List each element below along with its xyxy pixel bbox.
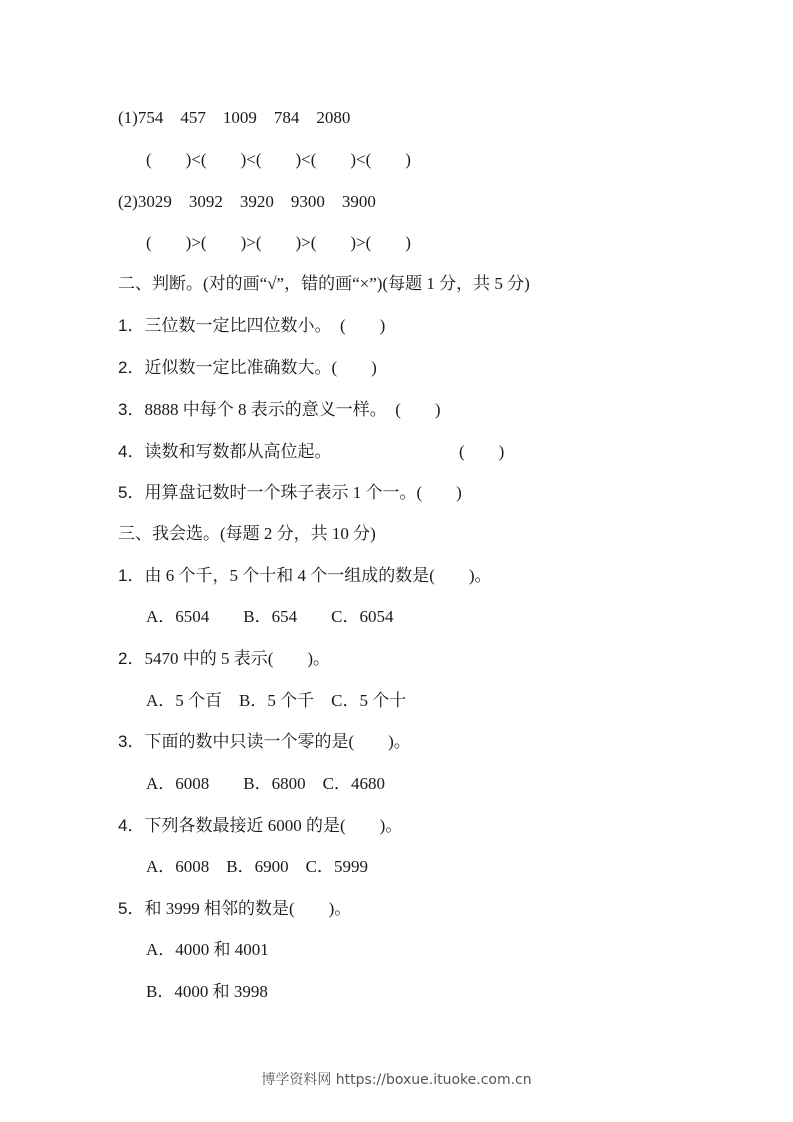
judge-item-3: 3．8888 中每个 8 表示的意义一样。 ( ) — [118, 399, 441, 421]
choice-question-4: 4．下列各数最接近 6000 的是( )。 — [118, 815, 402, 837]
compare-answer-row-1: ( )<( )<( )<( )<( ) — [146, 149, 411, 171]
item-text: 近似数一定比准确数大。( ) — [144, 358, 376, 377]
item-number: 5． — [118, 899, 144, 918]
choice-question-3: 3．下面的数中只读一个零的是( )。 — [118, 731, 411, 753]
item-number: 2． — [118, 358, 144, 377]
choice-question-1: 1．由 6 个千，5 个十和 4 个一组成的数是( )。 — [118, 565, 492, 587]
item-text: 下列各数最接近 6000 的是( )。 — [144, 816, 402, 835]
item-number: 3． — [118, 400, 144, 419]
judge-item-5: 5．用算盘记数时一个珠子表示 1 个一。( ) — [118, 482, 462, 504]
choice-option-5a: A．4000 和 4001 — [146, 939, 269, 961]
compare-question-1: (1)754 457 1009 784 2080 — [118, 107, 350, 129]
item-number: 4． — [118, 442, 144, 461]
item-number: 3． — [118, 732, 144, 751]
item-text: 读数和写数都从高位起。 ( ) — [144, 442, 504, 461]
judge-item-2: 2．近似数一定比准确数大。( ) — [118, 357, 377, 379]
item-text: 和 3999 相邻的数是( )。 — [144, 899, 351, 918]
item-text: 由 6 个千，5 个十和 4 个一组成的数是( )。 — [144, 566, 491, 585]
footer-watermark: 博学资料网 https://boxue.ituoke.com.cn — [0, 1069, 793, 1089]
item-number: 1． — [118, 316, 144, 335]
item-number: 4． — [118, 816, 144, 835]
item-text: 8888 中每个 8 表示的意义一样。 ( ) — [144, 400, 440, 419]
section-3-heading: 三、我会选。(每题 2 分，共 10 分) — [118, 523, 376, 545]
choice-options-3: A．6008 B．6800 C．4680 — [146, 773, 385, 795]
judge-item-4: 4．读数和写数都从高位起。 ( ) — [118, 441, 504, 463]
item-number: 1． — [118, 566, 144, 585]
choice-question-2: 2．5470 中的 5 表示( )。 — [118, 648, 330, 670]
choice-option-5b: B．4000 和 3998 — [146, 981, 268, 1003]
item-text: 三位数一定比四位数小。 ( ) — [144, 316, 385, 335]
section-2-heading: 二、判断。(对的画“√”，错的画“×”)(每题 1 分，共 5 分) — [118, 273, 530, 295]
choice-question-5: 5．和 3999 相邻的数是( )。 — [118, 898, 351, 920]
choice-options-2: A．5 个百 B．5 个千 C．5 个十 — [146, 690, 406, 712]
compare-answer-row-2: ( )>( )>( )>( )>( ) — [146, 232, 411, 254]
compare-question-2: (2)3029 3092 3920 9300 3900 — [118, 191, 376, 213]
item-text: 用算盘记数时一个珠子表示 1 个一。( ) — [144, 483, 461, 502]
item-text: 5470 中的 5 表示( )。 — [144, 649, 330, 668]
choice-options-4: A．6008 B．6900 C．5999 — [146, 856, 368, 878]
item-number: 2． — [118, 649, 144, 668]
judge-item-1: 1．三位数一定比四位数小。 ( ) — [118, 315, 385, 337]
choice-options-1: A．6504 B．654 C．6054 — [146, 606, 393, 628]
item-text: 下面的数中只读一个零的是( )。 — [144, 732, 410, 751]
item-number: 5． — [118, 483, 144, 502]
